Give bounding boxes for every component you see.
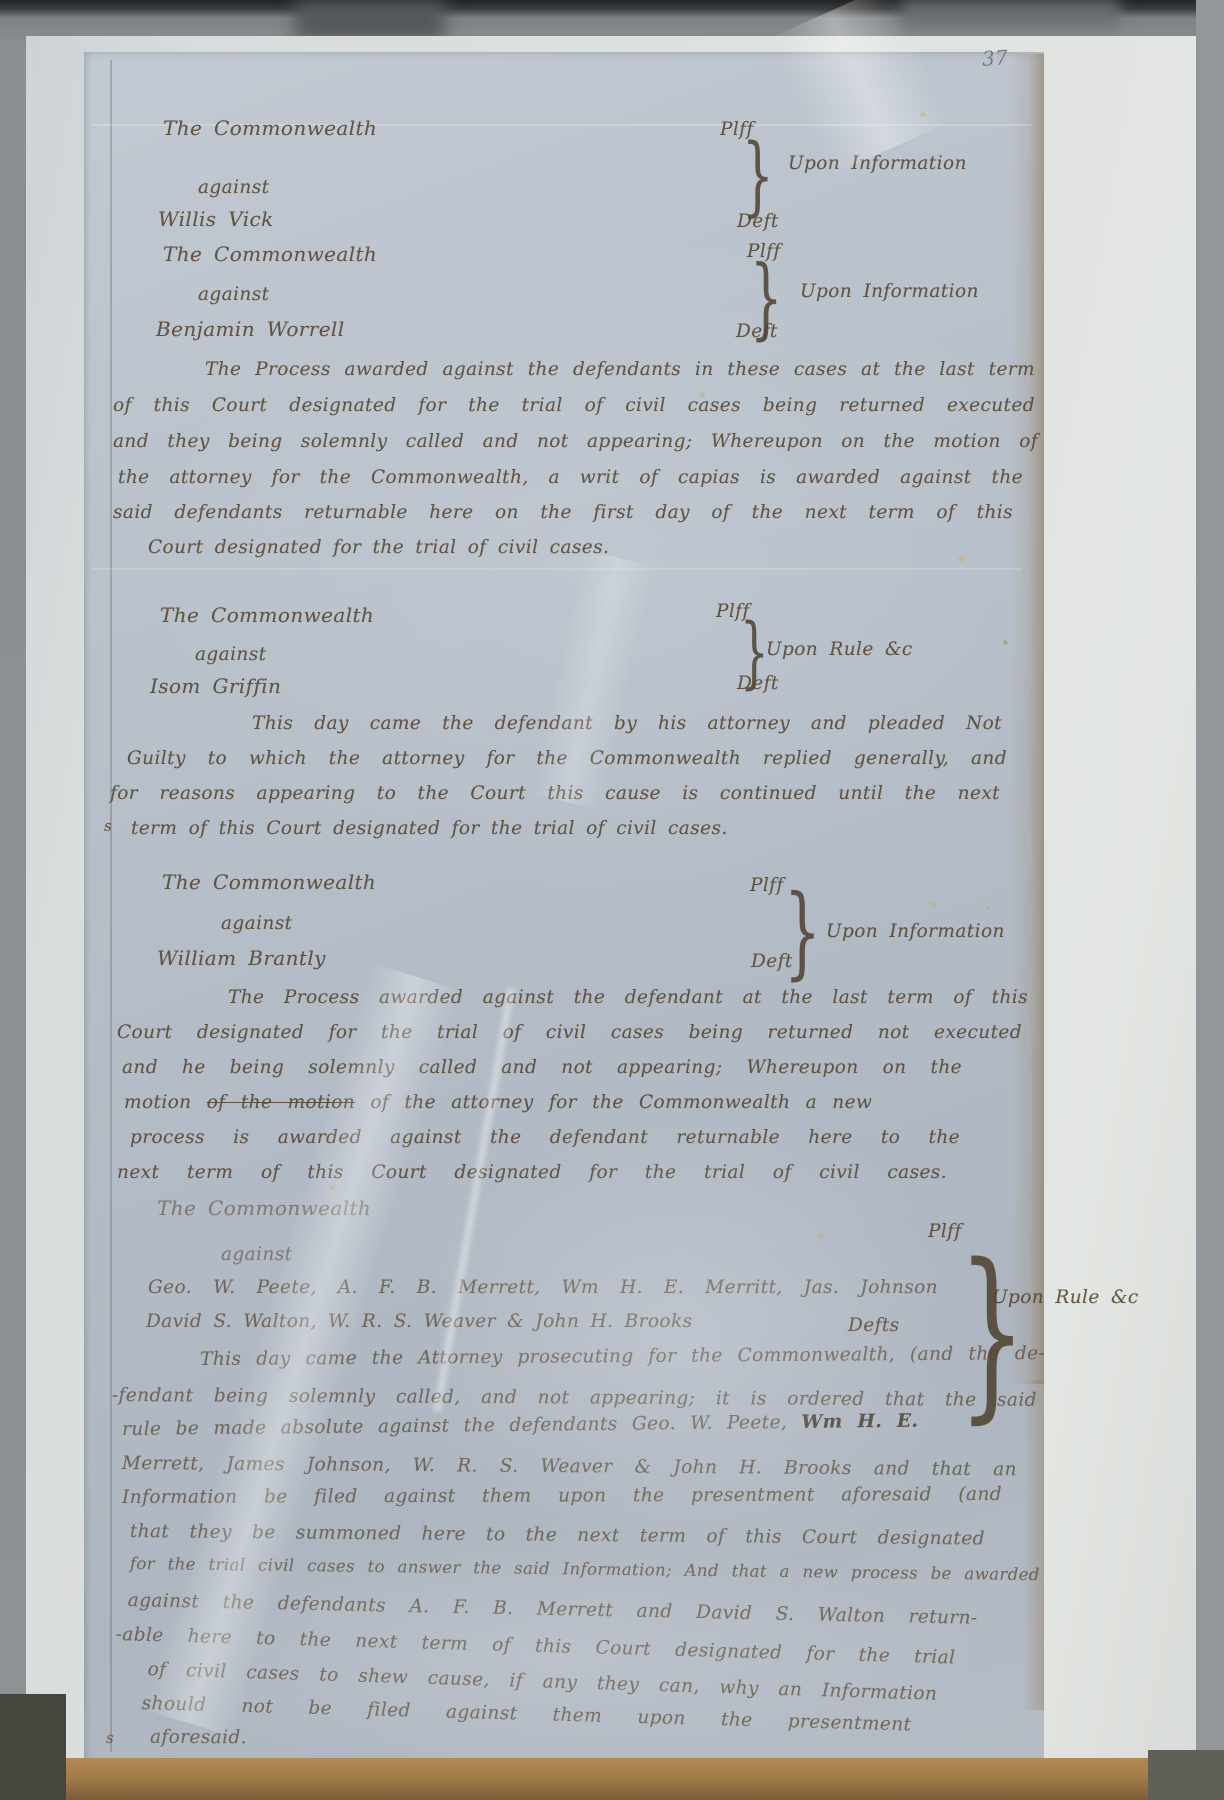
case-annotation: Upon Information <box>788 152 967 175</box>
deft-label: Deft <box>751 950 793 973</box>
case-annotation: Upon Information <box>826 920 1005 943</box>
case-defendants-line: David S. Walton, W. R. S. Weaver & John … <box>146 1310 692 1333</box>
record-line: The Process awarded against the defendan… <box>205 358 1035 381</box>
table-edge <box>1196 0 1224 1800</box>
case-defendant: Benjamin Worrell <box>156 317 345 342</box>
record-line: Information be filed against them upon t… <box>122 1483 1002 1509</box>
case-plaintiff: The Commonwealth <box>157 1196 371 1221</box>
paper-crease <box>92 568 1022 570</box>
case-plaintiff: The Commonwealth <box>160 603 374 628</box>
record-line: and they being solemnly called and not a… <box>113 430 1038 453</box>
corner-shadow <box>1148 1750 1224 1800</box>
document-photo: 37 The Commonwealth Plff } Upon Informat… <box>0 0 1224 1800</box>
record-line: said defendants returnable here on the f… <box>113 501 1013 524</box>
age-spot <box>330 1185 335 1190</box>
page-number: 37 <box>981 45 1009 72</box>
record-line: The Process awarded against the defendan… <box>228 986 1028 1009</box>
case-plaintiff: The Commonwealth <box>163 116 377 141</box>
case-defendant: Isom Griffin <box>150 674 281 699</box>
against-label: against <box>221 912 292 935</box>
age-spot <box>1003 640 1008 645</box>
record-line: -fendant being solemnly called, and not … <box>112 1384 1037 1412</box>
wood-table <box>0 1758 1224 1800</box>
shadow-smudge <box>295 0 445 40</box>
case-brace: } <box>742 133 774 219</box>
line-segment: of the attorney for the Commonwealth a n… <box>370 1092 872 1113</box>
plff-label: Plff <box>750 874 784 897</box>
age-spot <box>920 112 926 117</box>
record-line: for reasons appearing to the Court this … <box>110 782 1000 805</box>
bold-words: Wm H. E. <box>801 1411 918 1433</box>
case-plaintiff: The Commonwealth <box>162 870 376 895</box>
record-line: and he being solemnly called and not app… <box>122 1056 962 1079</box>
against-label: against <box>198 176 269 199</box>
record-line: Court designated for the trial of civil … <box>117 1021 1022 1044</box>
against-label: against <box>198 283 269 306</box>
margin-letter: s <box>104 817 112 836</box>
paper-aged-edge <box>1010 54 1044 1384</box>
plff-label: Plff <box>928 1220 962 1243</box>
deft-label: Deft <box>737 672 779 695</box>
case-plaintiff: The Commonwealth <box>163 242 377 267</box>
record-line: process is awarded against the defendant… <box>130 1126 960 1149</box>
line-segment: motion <box>124 1092 191 1113</box>
case-annotation: Upon Rule &c <box>766 638 913 661</box>
record-line: next term of this Court designated for t… <box>117 1161 947 1184</box>
margin-letter: s <box>106 1729 114 1748</box>
age-spot <box>818 1233 824 1239</box>
record-line: term of this Court designated for the tr… <box>131 817 728 840</box>
case-defendant: Willis Vick <box>158 207 274 232</box>
defts-label: Defts <box>848 1314 900 1337</box>
margin-rule-line <box>110 60 112 1752</box>
case-annotation: Upon Rule &c <box>992 1286 1139 1309</box>
age-spot <box>986 906 990 910</box>
deft-label: Deft <box>736 320 778 343</box>
record-line-with-strikeout: motion of the motion of the attorney for… <box>124 1091 872 1114</box>
case-annotation: Upon Information <box>800 280 979 303</box>
against-label: against <box>221 1243 292 1266</box>
case-defendant: William Brantly <box>157 946 326 971</box>
shadow-smudge <box>900 0 1120 26</box>
record-line: This day came the defendant by his attor… <box>252 712 1002 735</box>
case-defendants-line: Geo. W. Peete, A. F. B. Merrett, Wm H. E… <box>148 1276 938 1299</box>
struck-words: of the motion <box>207 1092 355 1113</box>
record-line: the attorney for the Commonwealth, a wri… <box>118 466 1023 489</box>
age-spot <box>930 902 936 907</box>
age-spot <box>958 556 965 562</box>
record-line: Guilty to which the attorney for the Com… <box>127 747 1007 770</box>
record-line: aforesaid. <box>150 1726 247 1750</box>
record-line: of this Court designated for the trial o… <box>113 394 1035 417</box>
corner-shadow <box>0 1694 66 1800</box>
record-line: Court designated for the trial of civil … <box>148 536 609 559</box>
deft-label: Deft <box>737 210 779 233</box>
against-label: against <box>195 643 266 666</box>
